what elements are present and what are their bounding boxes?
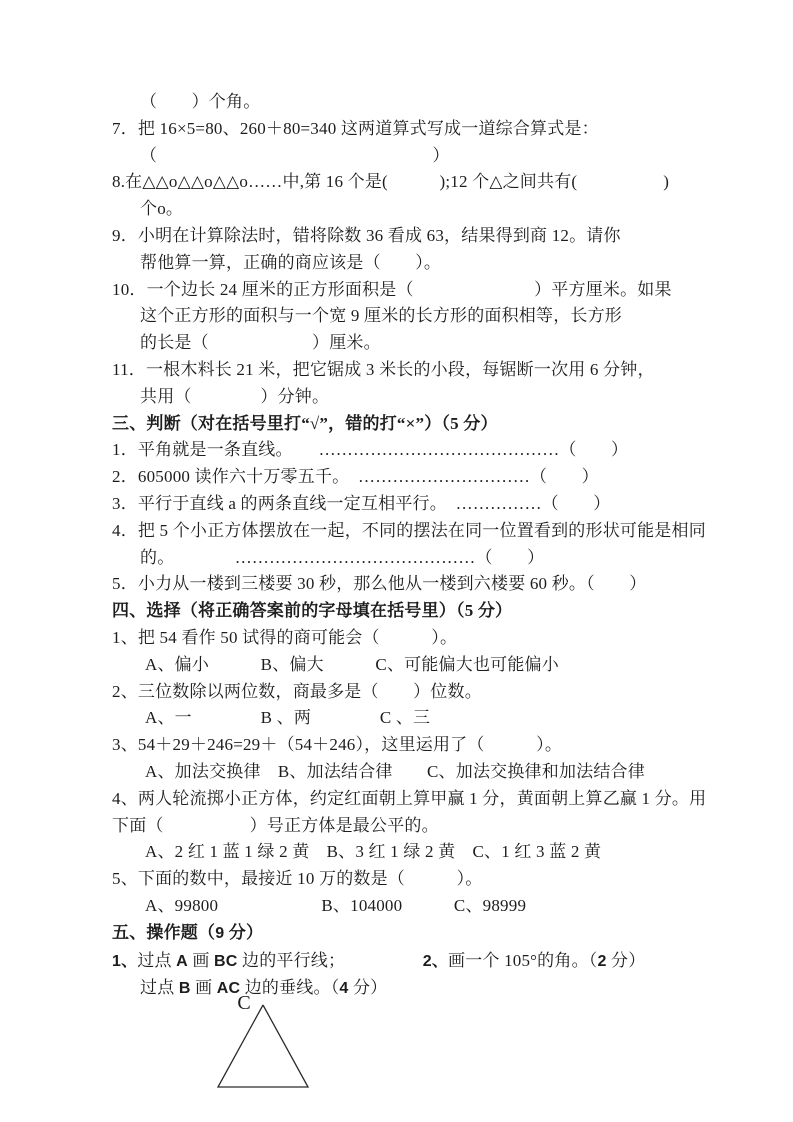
text-line: 5、下面的数中，最接近 10 万的数是（ ）。 bbox=[0, 866, 793, 893]
text-line: 下面（ ）号正方体是最公平的。 bbox=[0, 813, 793, 840]
text-line: 9．小明在计算除法时，错将除数 36 看成 63，结果得到商 12。请你 bbox=[0, 223, 793, 250]
text-line: 的长是（ ）厘米。 bbox=[0, 330, 793, 357]
text-segment: 过点 bbox=[137, 951, 176, 970]
text-line: A、2 红 1 蓝 1 绿 2 黄 B、3 红 1 绿 2 黄 C、1 红 3 … bbox=[0, 839, 793, 866]
text-line: A、偏小 B、偏大 C、可能偏大也可能偏小 bbox=[0, 652, 793, 679]
text-line: 2、三位数除以两位数，商最多是（ ）位数。 bbox=[0, 679, 793, 706]
text-segment: A bbox=[176, 953, 188, 970]
text-line: 帮他算一算，正确的商应该是（ ）。 bbox=[0, 250, 793, 277]
text-segment: 2、 bbox=[423, 953, 448, 970]
text-segment: 1、 bbox=[112, 953, 137, 970]
text-line: 1、把 54 看作 50 试得的商可能会（ ）。 bbox=[0, 625, 793, 652]
document-body: （ ）个角。7．把 16×5=80、260＋80=340 这两道算式写成一道综合… bbox=[0, 89, 793, 1003]
text-line: 1．平角就是一条直线。 ……………………………………（ ） bbox=[0, 437, 793, 464]
text-line: 2．605000 读作六十万零五千。 …………………………（ ） bbox=[0, 464, 793, 491]
text-line: A、一 B 、两 C 、三 bbox=[0, 705, 793, 732]
text-line: （ ）个角。 bbox=[0, 89, 793, 116]
text-line: 4、两人轮流掷小正方体，约定红面朝上算甲赢 1 分，黄面朝上算乙赢 1 分。用 bbox=[0, 786, 793, 813]
text-line: 3、54＋29＋246=29＋（54＋246），这里运用了（ ）。 bbox=[0, 732, 793, 759]
triangle-figure: C bbox=[200, 985, 330, 1105]
text-line: 个o。 bbox=[0, 196, 793, 223]
text-segment: B bbox=[179, 980, 191, 997]
text-line: 7．把 16×5=80、260＋80=340 这两道算式写成一道综合算式是： bbox=[0, 116, 793, 143]
text-segment: 边的平行线； bbox=[238, 951, 337, 970]
text-segment: BC bbox=[214, 953, 238, 970]
text-line: 5．小力从一楼到三楼要 30 秒，那么他从一楼到六楼要 60 秒。（ ） bbox=[0, 571, 793, 598]
vertex-label-c: C bbox=[237, 992, 250, 1014]
section-heading: 四、选择（将正确答案前的字母填在括号里）（5 分） bbox=[0, 598, 793, 625]
text-segment: 五、操作题（ bbox=[112, 923, 215, 942]
text-segment: 4 bbox=[339, 980, 348, 997]
text-segment: 过点 bbox=[140, 978, 179, 997]
text-line: 1、过点 A 画 BC 边的平行线； 2、画一个 105°的角。（2 分） bbox=[0, 948, 793, 976]
text-line: 10．一个边长 24 厘米的正方形面积是（ ）平方厘米。如果 bbox=[0, 277, 793, 304]
text-line: 共用（ ）分钟。 bbox=[0, 384, 793, 411]
triangle-shape bbox=[218, 1005, 308, 1087]
text-line: （ ） bbox=[0, 143, 793, 170]
text-line: 的。 ……………………………………（ ） bbox=[0, 545, 793, 572]
text-line: 这个正方形的面积与一个宽 9 厘米的长方形的面积相等，长方形 bbox=[0, 303, 793, 330]
text-line: 8.在△△o△△o△△o……中,第 16 个是( );12 个△之间共有( ) bbox=[0, 169, 793, 196]
text-line: 4．把 5 个小正方体摆放在一起，不同的摆法在同一位置看到的形状可能是相同 bbox=[0, 518, 793, 545]
text-line: 11．一根木料长 21 米，把它锯成 3 米长的小段，每锯断一次用 6 分钟， bbox=[0, 357, 793, 384]
text-line: A、加法交换律 B、加法结合律 C、加法交换律和加法结合律 bbox=[0, 759, 793, 786]
text-segment: 画 bbox=[188, 951, 214, 970]
text-segment: 分） bbox=[224, 923, 263, 942]
exam-page: （ ）个角。7．把 16×5=80、260＋80=340 这两道算式写成一道综合… bbox=[0, 0, 793, 1122]
text-segment: 9 bbox=[215, 925, 224, 942]
text-segment: 分） bbox=[349, 978, 388, 997]
text-line: 过点 B 画 AC 边的垂线。（4 分） bbox=[0, 975, 793, 1003]
section-heading: 三、判断（对在括号里打“√”，错的打“×”）（5 分） bbox=[0, 411, 793, 438]
text-segment: 2 bbox=[597, 953, 606, 970]
text-segment: 分） bbox=[607, 951, 646, 970]
section-heading: 五、操作题（9 分） bbox=[0, 920, 793, 948]
text-line: A、99800 B、104000 C、98999 bbox=[0, 893, 793, 920]
text-segment bbox=[337, 951, 423, 970]
text-line: 3．平行于直线 a 的两条直线一定互相平行。 ……………（ ） bbox=[0, 491, 793, 518]
text-segment: 画一个 105°的角。（ bbox=[448, 951, 597, 970]
